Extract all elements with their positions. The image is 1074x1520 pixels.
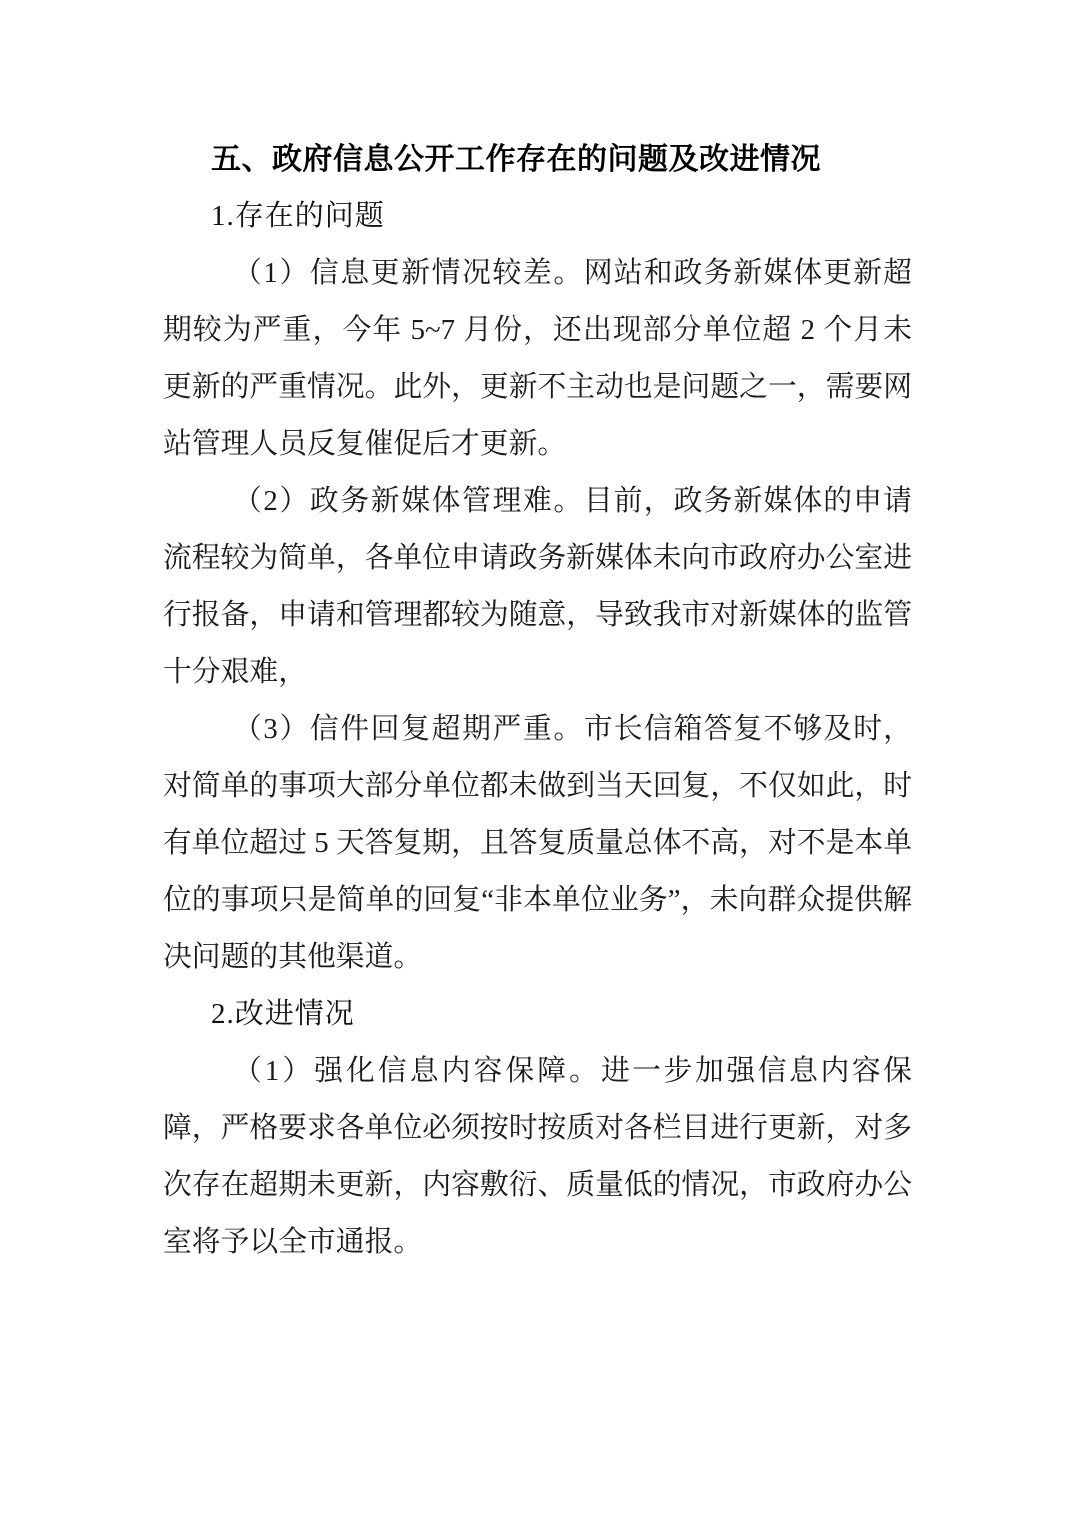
paragraph-problem-2: （2）政务新媒体管理难。目前，政务新媒体的申请流程较为简单，各单位申请政务新媒体…: [163, 473, 912, 701]
subheading-existing-problems: 1.存在的问题: [163, 188, 912, 245]
document-page: 五、政府信息公开工作存在的问题及改进情况 1.存在的问题 （1）信息更新情况较差…: [0, 0, 1074, 1520]
paragraph-problem-1-lead: （1）信息更新情况较差。: [233, 257, 584, 289]
paragraph-improvement-1: （1）强化信息内容保障。进一步加强信息内容保障，严格要求各单位必须按时按质对各栏…: [163, 1043, 912, 1271]
paragraph-improvement-1-lead: （1）强化信息内容保障。: [233, 1055, 601, 1087]
paragraph-problem-3: （3）信件回复超期严重。市长信箱答复不够及时，对简单的事项大部分单位都未做到当天…: [163, 701, 912, 986]
paragraph-problem-2-lead: （2）政务新媒体管理难。: [233, 485, 584, 517]
document-content: 五、政府信息公开工作存在的问题及改进情况 1.存在的问题 （1）信息更新情况较差…: [163, 131, 912, 1271]
paragraph-problem-3-body: 市长信箱答复不够及时，对简单的事项大部分单位都未做到当天回复，不仅如此，时有单位…: [163, 713, 912, 973]
paragraph-problem-3-lead: （3）信件回复超期严重。: [233, 713, 584, 745]
paragraph-problem-1: （1）信息更新情况较差。网站和政务新媒体更新超期较为严重，今年 5~7 月份，还…: [163, 245, 912, 473]
subheading-improvements: 2.改进情况: [163, 986, 912, 1043]
document-heading: 五、政府信息公开工作存在的问题及改进情况: [163, 131, 912, 188]
